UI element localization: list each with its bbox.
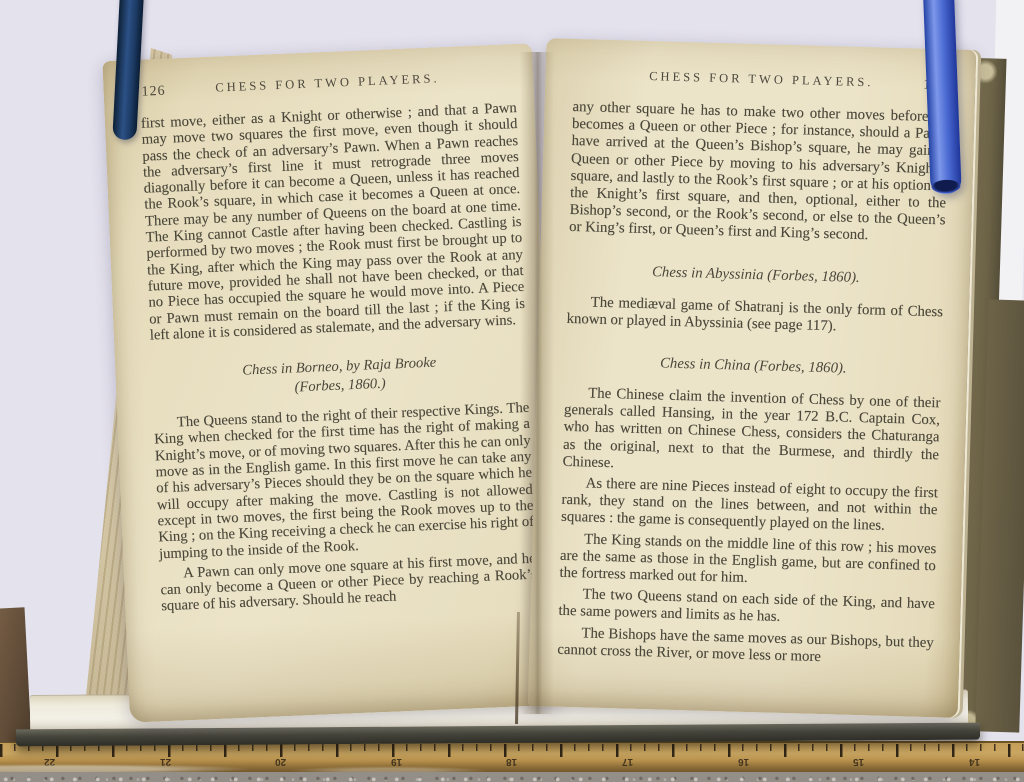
paragraph-continuation: any other square he has to make two othe… <box>569 99 949 247</box>
section-heading-abyssinia: Chess in Abyssinia (Forbes, 1860). <box>568 260 944 289</box>
running-header: CHESS FOR TWO PLAYERS. <box>573 67 949 92</box>
paragraph: The Queens stand to the right of their r… <box>153 400 535 562</box>
running-header: CHESS FOR TWO PLAYERS. <box>139 68 515 99</box>
wooden-ruler: 22 21 20 19 18 17 16 15 14 <box>0 741 1024 772</box>
section-heading-borneo: Chess in Borneo, by Raja Brooke (Forbes,… <box>151 350 528 404</box>
section-heading-china: Chess in China (Forbes, 1860). <box>565 352 941 381</box>
paragraph: The two Queens stand on each side of the… <box>558 586 935 631</box>
paragraph: As there are nine Pieces instead of eigh… <box>561 475 938 537</box>
left-page: 126 CHESS FOR TWO PLAYERS. first move, e… <box>102 43 559 722</box>
left-page-header: 126 CHESS FOR TWO PLAYERS. <box>139 68 516 106</box>
paragraph-continuation: first move, either as a Knight or otherw… <box>141 100 526 344</box>
paragraph: A Pawn can only move one square at his f… <box>160 550 538 615</box>
ruler-worn-paint <box>0 743 1024 772</box>
right-page-header: CHESS FOR TWO PLAYERS. 127 <box>573 67 949 99</box>
paragraph: The Bishops have the same moves as our B… <box>557 624 934 669</box>
blue-tube <box>923 0 962 194</box>
book-cover-corner-left <box>0 607 31 743</box>
paragraph: The King stands on the middle line of th… <box>559 530 936 592</box>
right-page: CHESS FOR TWO PLAYERS. 127 any other squ… <box>528 38 976 718</box>
paragraph: The mediæval game of Shatranj is the onl… <box>566 293 943 338</box>
open-book-photo: 22 21 20 19 18 17 16 15 14 126 CHESS FOR… <box>0 0 1024 782</box>
right-page-content: CHESS FOR TWO PLAYERS. 127 any other squ… <box>528 38 976 718</box>
left-page-content: 126 CHESS FOR TWO PLAYERS. first move, e… <box>102 43 559 722</box>
left-page-number: 126 <box>141 84 166 101</box>
section-heading-line: Chess in Abyssinia (Forbes, 1860). <box>568 260 944 289</box>
paragraph: The Chinese claim the invention of Chess… <box>562 385 940 481</box>
section-heading-line: Chess in China (Forbes, 1860). <box>565 352 941 381</box>
